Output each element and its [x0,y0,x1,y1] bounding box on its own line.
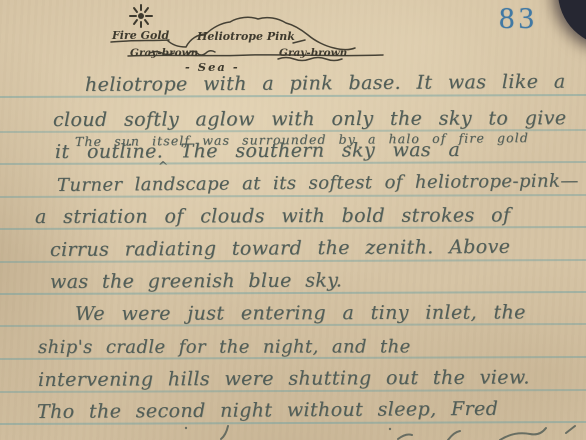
journal-page: 83 Fire [0,0,586,440]
cut-off-strokes [0,0,586,440]
